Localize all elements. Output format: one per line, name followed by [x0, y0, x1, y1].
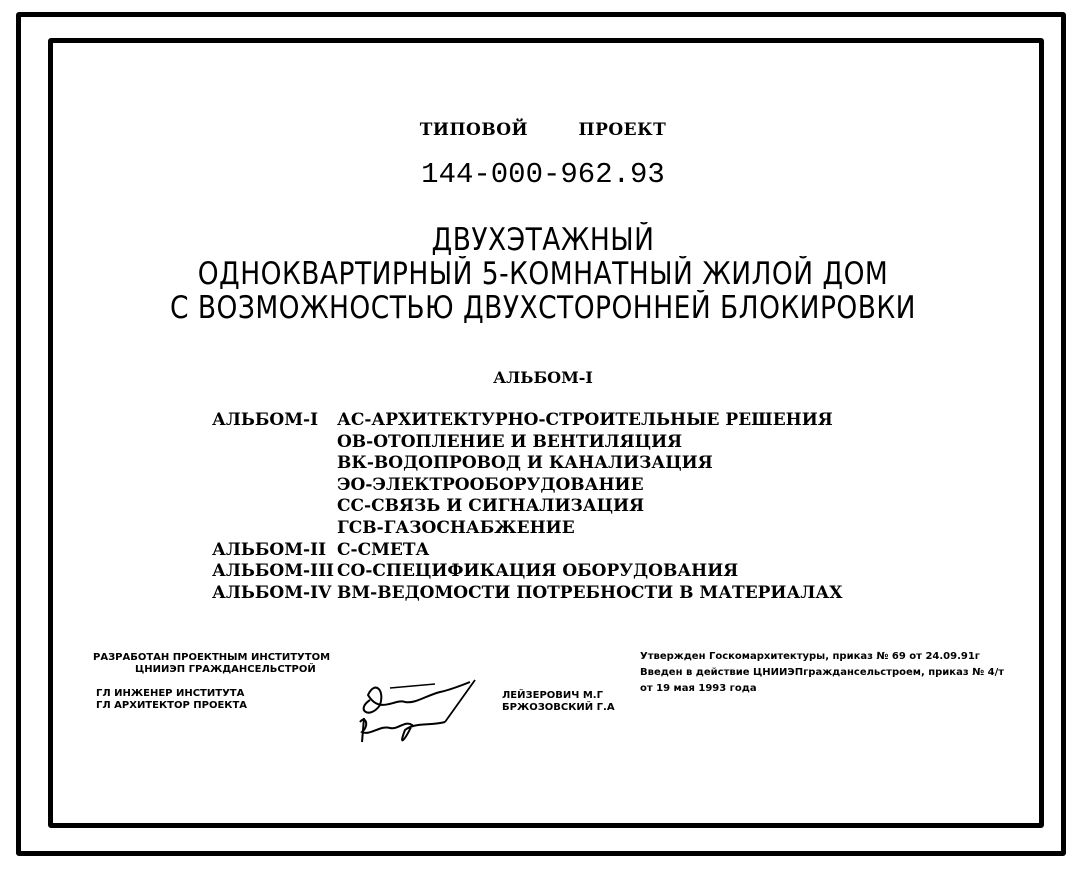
label-typical: ТИПОВОЙ: [420, 120, 528, 140]
title-line-3: С ВОЗМОЖНОСТЬЮ ДВУХСТОРОННЕЙ БЛОКИРОВКИ: [27, 290, 1059, 326]
title-line-1: ДВУХЭТАЖНЫЙ: [27, 222, 1059, 258]
album-row: СС-СВЯЗЬ И СИГНАЛИЗАЦИЯ: [212, 496, 842, 518]
album-section: С-СМЕТА: [337, 540, 429, 562]
document-type-label: ТИПОВОЙ ПРОЕКТ: [0, 120, 1086, 140]
album-number: АЛЬБОМ-I: [212, 410, 337, 432]
album-section: АС-АРХИТЕКТУРНО-СТРОИТЕЛЬНЫЕ РЕШЕНИЯ: [337, 410, 833, 432]
album-number: [212, 453, 337, 475]
album-row: ВК-ВОДОПРОВОД И КАНАЛИЗАЦИЯ: [212, 453, 842, 475]
title-line-2: ОДНОКВАРТИРНЫЙ 5-КОМНАТНЫЙ ЖИЛОЙ ДОМ: [27, 256, 1059, 292]
signature-icon: [350, 670, 490, 752]
album-row: ЭО-ЭЛЕКТРООБОРУДОВАНИЕ: [212, 475, 842, 497]
album-list: АЛЬБОМ-IАС-АРХИТЕКТУРНО-СТРОИТЕЛЬНЫЕ РЕШ…: [212, 410, 842, 604]
album-section: ОВ-ОТОПЛЕНИЕ И ВЕНТИЛЯЦИЯ: [337, 432, 682, 454]
name-1: ЛЕЙЗЕРОВИЧ М.Г: [502, 690, 603, 702]
album-row: АЛЬБОМ-II С-СМЕТА: [212, 540, 842, 562]
album-number: АЛЬБОМ-IV: [212, 583, 337, 605]
album-row: АЛЬБОМ-IIIСО-СПЕЦИФИКАЦИЯ ОБОРУДОВАНИЯ: [212, 561, 842, 583]
album-row: ОВ-ОТОПЛЕНИЕ И ВЕНТИЛЯЦИЯ: [212, 432, 842, 454]
developer-line-2: ЦНИИЭП ГРАЖДАНСЕЛЬСТРОЙ: [135, 664, 316, 676]
approval-line-3: от 19 мая 1993 года: [640, 683, 757, 695]
album-number: [212, 518, 337, 540]
album-section: ЭО-ЭЛЕКТРООБОРУДОВАНИЕ: [337, 475, 644, 497]
album-section: СО-СПЕЦИФИКАЦИЯ ОБОРУДОВАНИЯ: [337, 561, 738, 583]
approval-line-2: Введен в действие ЦНИИЭПграждансельстрое…: [640, 667, 1004, 679]
album-section: ВМ-ВЕДОМОСТИ ПОТРЕБНОСТИ В МАТЕРИАЛАХ: [337, 583, 842, 605]
developer-line-1: РАЗРАБОТАН ПРОЕКТНЫМ ИНСТИТУТОМ: [93, 652, 330, 664]
album-row: ГСВ-ГАЗОСНАБЖЕНИЕ: [212, 518, 842, 540]
approval-line-1: Утвержден Госкомархитектуры, приказ № 69…: [640, 651, 980, 663]
role-chief-architect: ГЛ АРХИТЕКТОР ПРОЕКТА: [96, 700, 247, 712]
album-section: ВК-ВОДОПРОВОД И КАНАЛИЗАЦИЯ: [337, 453, 713, 475]
label-project: ПРОЕКТ: [579, 120, 667, 140]
album-number: АЛЬБОМ-III: [212, 561, 337, 583]
album-section: СС-СВЯЗЬ И СИГНАЛИЗАЦИЯ: [337, 496, 644, 518]
album-number: [212, 496, 337, 518]
album-section: ГСВ-ГАЗОСНАБЖЕНИЕ: [337, 518, 575, 540]
name-2: БРЖОЗОВСКИЙ Г.А: [502, 702, 615, 714]
role-chief-engineer: ГЛ ИНЖЕНЕР ИНСТИТУТА: [96, 688, 244, 700]
album-number: [212, 432, 337, 454]
current-album: АЛЬБОМ-I: [0, 368, 1086, 387]
project-code: 144-000-962.93: [0, 158, 1086, 191]
album-row: АЛЬБОМ-IАС-АРХИТЕКТУРНО-СТРОИТЕЛЬНЫЕ РЕШ…: [212, 410, 842, 432]
album-number: АЛЬБОМ-II: [212, 540, 337, 562]
album-number: [212, 475, 337, 497]
album-row: АЛЬБОМ-IVВМ-ВЕДОМОСТИ ПОТРЕБНОСТИ В МАТЕ…: [212, 583, 842, 605]
